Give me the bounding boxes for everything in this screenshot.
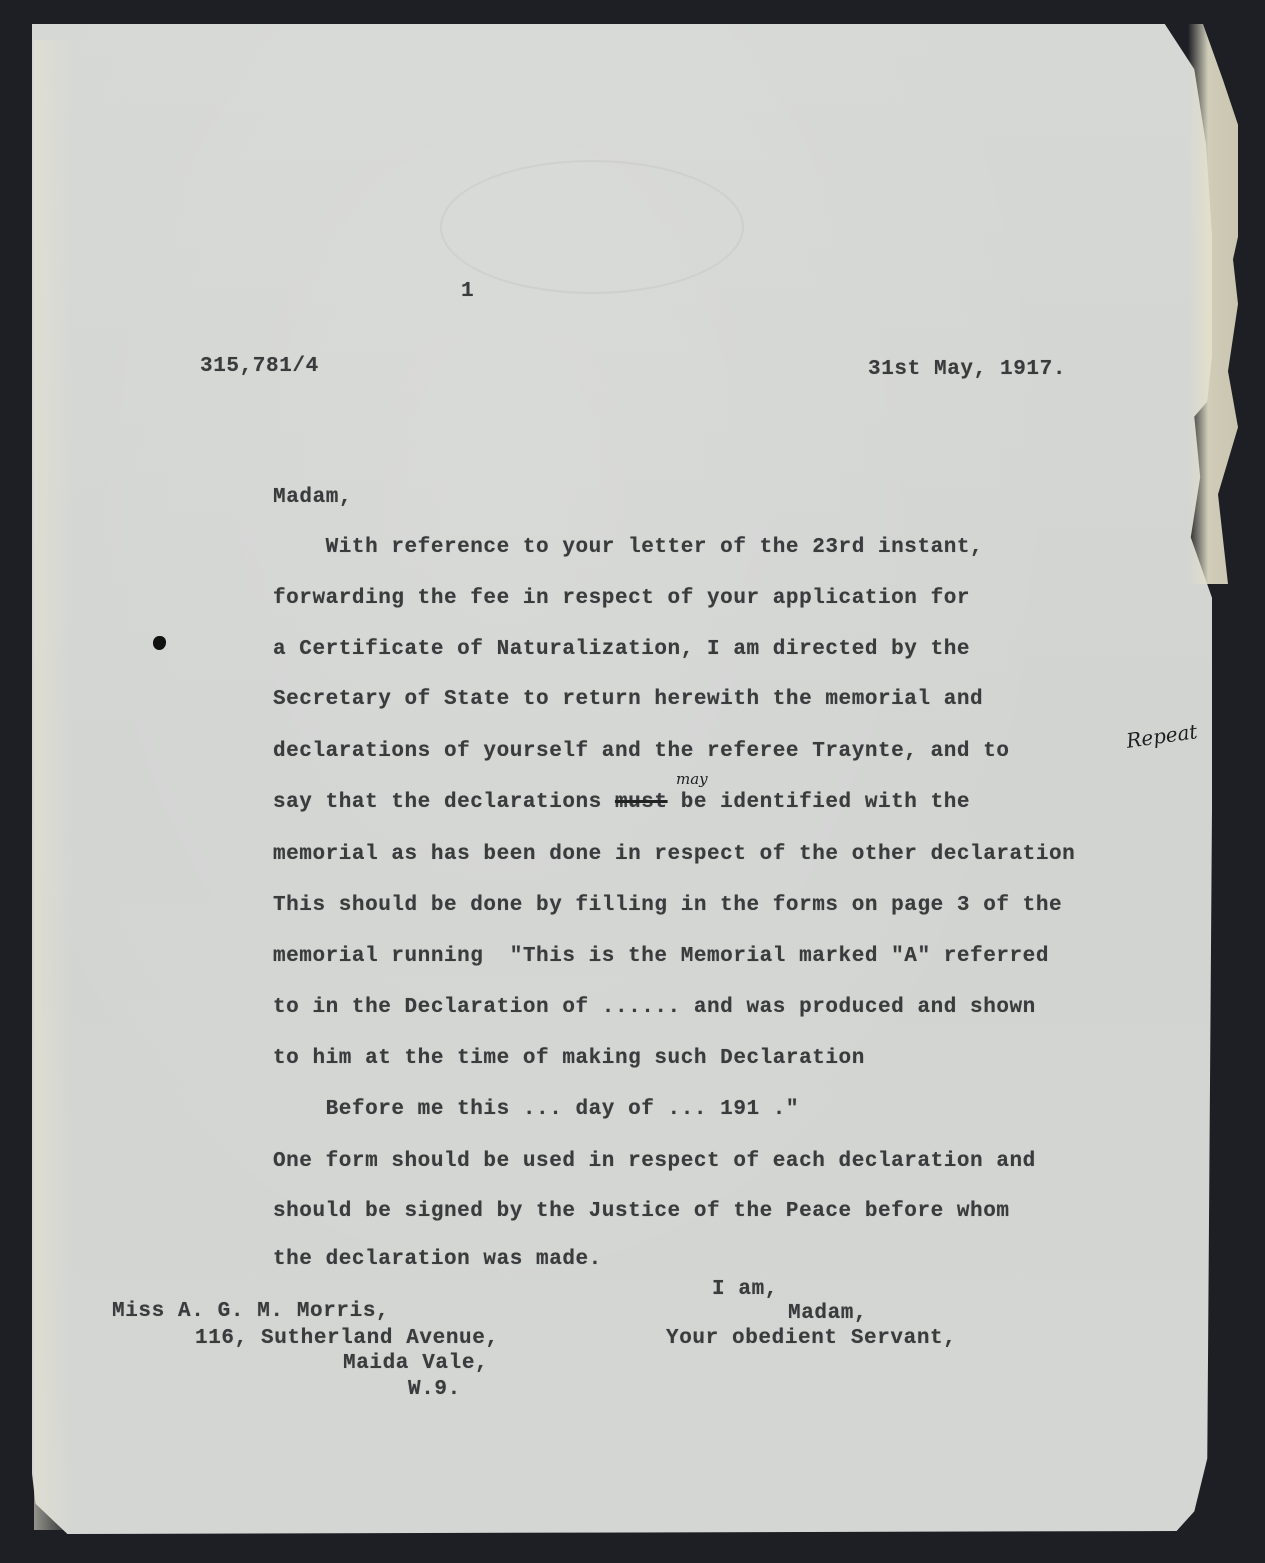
body-line: This should be done by filling in the fo… [273, 894, 1062, 917]
body-line: Before me this ... day of ... 191 ." [273, 1098, 799, 1121]
body-line-with-correction: say that the declarations must be identi… [273, 791, 970, 814]
struck-word: must [615, 791, 668, 814]
body-line: to him at the time of making such Declar… [273, 1047, 865, 1070]
body-text: be identified with the [668, 791, 971, 814]
body-line: memorial as has been done in respect of … [273, 843, 1075, 866]
body-line: a Certificate of Naturalization, I am di… [273, 638, 970, 661]
torn-paper-edge [1188, 24, 1238, 584]
body-line: Secretary of State to return herewith th… [273, 688, 983, 711]
body-text: say that the declarations [273, 791, 615, 814]
addressee-name: Miss A. G. M. Morris, [112, 1300, 389, 1323]
paper-fold [34, 40, 74, 1530]
addressee-postcode: W.9. [408, 1378, 461, 1401]
closing-line: I am, [712, 1278, 778, 1301]
addressee-district: Maida Vale, [343, 1352, 488, 1375]
body-line: With reference to your letter of the 23r… [273, 536, 983, 559]
page-number: 1 [461, 280, 474, 303]
closing-line: Madam, [788, 1302, 867, 1325]
body-line: the declaration was made. [273, 1248, 602, 1271]
closing-signature-line: Your obedient Servant, [666, 1327, 956, 1350]
reference-number: 315,781/4 [200, 355, 319, 378]
body-line: memorial running "This is the Memorial m… [273, 945, 1049, 968]
salutation: Madam, [273, 486, 352, 509]
body-line: forwarding the fee in respect of your ap… [273, 587, 970, 610]
body-line: to in the Declaration of ...... and was … [273, 996, 1036, 1019]
handwritten-insertion: may [676, 770, 708, 788]
letter-date: 31st May, 1917. [868, 358, 1066, 381]
body-line: One form should be used in respect of ea… [273, 1150, 1036, 1173]
body-line: declarations of yourself and the referee… [273, 740, 1010, 763]
faded-watermark [440, 160, 744, 294]
body-line: should be signed by the Justice of the P… [273, 1200, 1010, 1223]
addressee-street: 116, Sutherland Avenue, [195, 1327, 499, 1350]
